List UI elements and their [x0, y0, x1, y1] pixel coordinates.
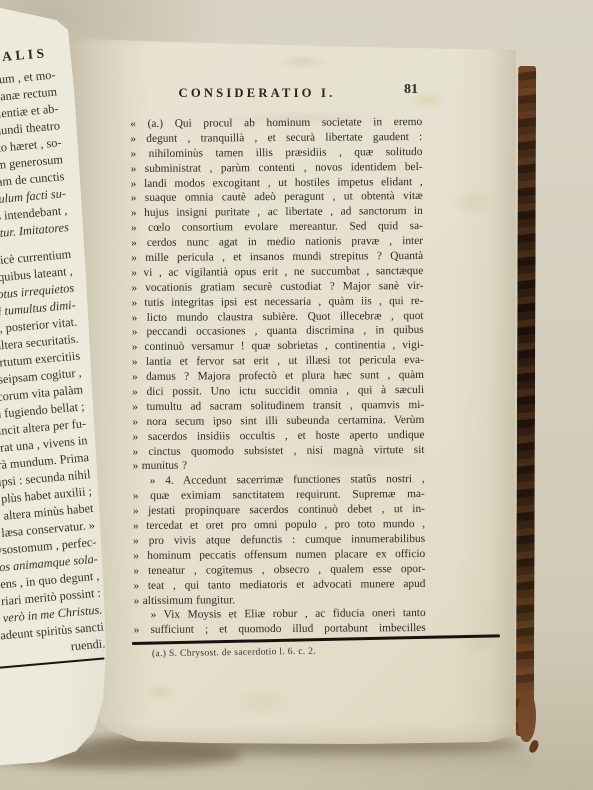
text-line: » vi , ac vigilantià opus erit , ne succ… [131, 264, 423, 281]
running-header: CONSIDERATIO I. [111, 86, 403, 101]
text-line: » vocationis gratiam securè custodiat ? … [131, 279, 423, 296]
leather-binding-worn-patch [518, 690, 536, 742]
text-line: » sacerdos insidiis occultis , et hoste … [132, 428, 424, 445]
text-line: nebatur. Imitatores [0, 219, 70, 249]
text-line: » teat , qui tanto mediatoris et advocat… [133, 577, 425, 594]
text-line: » cinctus quomodo subsistet , nisi magnà… [132, 443, 424, 460]
text-line: » hominum peccatis offensum numen placar… [133, 547, 425, 564]
text-line: » nora secum ipso sint illi subeunda cer… [132, 413, 424, 430]
body-text: « (a.) Qui procul ab hominum societate i… [130, 115, 426, 638]
text-line: » tutis integritas ipsi est necessaria ,… [131, 294, 423, 311]
leather-binding-fragment [528, 739, 540, 754]
text-line: » sufficiunt ; et quomodo illud portabun… [134, 621, 426, 638]
text-line: » nihilominùs tamen illis præsidiis , qu… [130, 145, 422, 162]
text-line: » degunt , tranquillà , et securà libert… [130, 130, 422, 147]
photo-backdrop: CONSIDERATIO I. 81 « (a.) Qui procul ab … [0, 0, 593, 790]
text-line: » subministrat , parùm contenti , novos … [130, 160, 422, 177]
page-number: 81 [376, 82, 418, 98]
right-page: CONSIDERATIO I. 81 « (a.) Qui procul ab … [56, 30, 516, 746]
text-line: » teneatur , cogitemus , obsecro , quale… [133, 562, 425, 579]
leather-binding-edge [516, 66, 536, 736]
footnote: (a.) S. Chrysost. de sacerdotio l. 6. c.… [152, 646, 316, 660]
